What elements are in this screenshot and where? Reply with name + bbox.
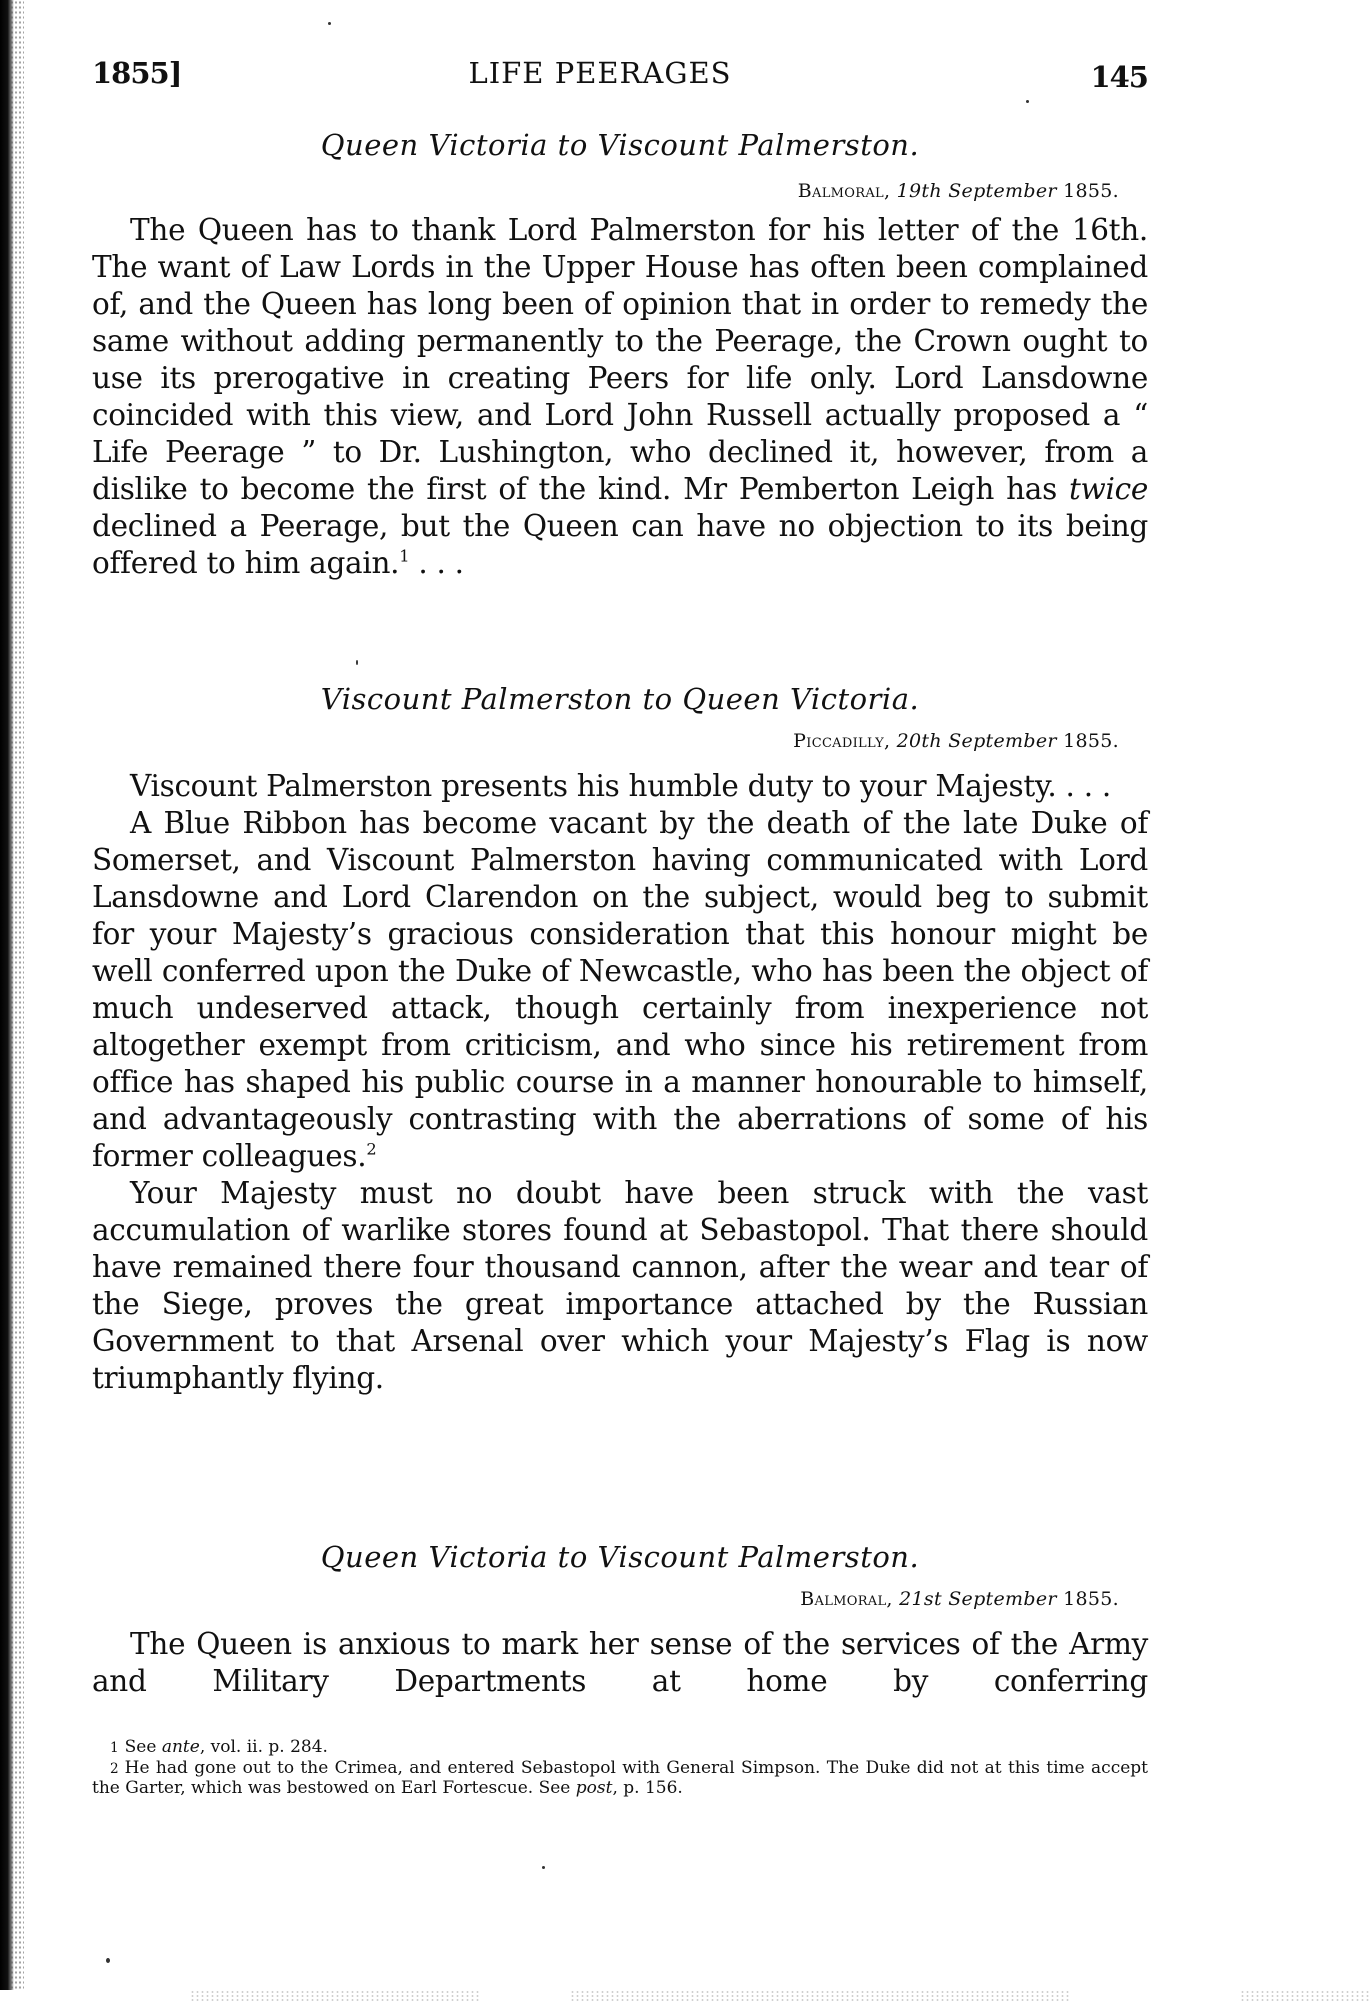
- paragraph: A Blue Ribbon has become vacant by the d…: [92, 805, 1148, 1175]
- letter-3-dateline: Balmoral, 21st September 1855.: [800, 1588, 1119, 1610]
- letter-3-title: Queen Victoria to Viscount Palmerston.: [92, 1540, 1148, 1574]
- footnote-number: 2: [110, 1761, 119, 1777]
- paragraph-text: Your Majesty must no doubt have been str…: [92, 1176, 1148, 1395]
- scan-speck: [106, 1958, 110, 1963]
- scan-speck: [328, 22, 331, 25]
- paragraph: Viscount Palmerston presents his humble …: [92, 768, 1148, 805]
- dateline-place: Balmoral,: [798, 180, 891, 202]
- scan-noise: [570, 1990, 1070, 2002]
- paragraph-text: The Queen is anxious to mark her sense o…: [92, 1627, 1148, 1698]
- scan-noise: [1240, 1990, 1371, 2002]
- emphasis-text: twice: [1069, 472, 1148, 506]
- paragraph: The Queen has to thank Lord Palmerston f…: [92, 212, 1148, 582]
- footnotes: 1See ante, vol. ii. p. 284. 2He had gone…: [92, 1738, 1148, 1799]
- paragraph-text: A Blue Ribbon has become vacant by the d…: [92, 806, 1148, 1173]
- dateline-place: Piccadilly,: [793, 730, 890, 752]
- dateline-place: Balmoral,: [800, 1588, 893, 1610]
- dateline-day: 21st: [899, 1588, 942, 1610]
- letter-2-body: Viscount Palmerston presents his humble …: [92, 768, 1148, 1397]
- paragraph: The Queen is anxious to mark her sense o…: [92, 1626, 1148, 1700]
- footnote-1: 1See ante, vol. ii. p. 284.: [92, 1738, 1148, 1759]
- scan-speck: [1026, 100, 1029, 103]
- ellipsis: . . .: [409, 546, 463, 580]
- footnote-text: , vol. ii. p. 284.: [200, 1737, 328, 1757]
- footnote-italic: ante: [162, 1737, 200, 1757]
- dateline-day: 20th: [897, 730, 942, 752]
- dateline-month: September: [948, 180, 1057, 202]
- footnote-ref-2[interactable]: 2: [366, 1140, 376, 1159]
- scan-speck: [542, 1866, 545, 1869]
- paragraph-text: declined a Peerage, but the Queen can ha…: [92, 509, 1148, 580]
- binding-speckle: [10, 0, 24, 1990]
- letter-1-body: The Queen has to thank Lord Palmerston f…: [92, 212, 1148, 582]
- letter-1-title: Queen Victoria to Viscount Palmerston.: [92, 128, 1148, 162]
- footnote-text: See: [539, 1778, 576, 1798]
- dateline-month: September: [948, 1588, 1057, 1610]
- paragraph-text: The Queen has to thank Lord Palmerston f…: [92, 213, 1148, 506]
- paragraph-text: Viscount Palmerston presents his humble …: [130, 769, 1111, 803]
- running-title: LIFE PEERAGES: [92, 56, 1148, 90]
- letter-1-dateline: Balmoral, 19th September 1855.: [798, 180, 1119, 202]
- dateline-day: 19th: [897, 180, 942, 202]
- page-number: 145: [1090, 60, 1148, 94]
- paragraph: Your Majesty must no doubt have been str…: [92, 1175, 1148, 1397]
- footnote-ref-1[interactable]: 1: [399, 547, 409, 566]
- dateline-year: 1855.: [1063, 1588, 1119, 1610]
- dateline-month: September: [948, 730, 1057, 752]
- footnote-italic: post: [576, 1778, 613, 1798]
- running-header: 1855] LIFE PEERAGES 145: [92, 56, 1148, 92]
- letter-2-title: Viscount Palmerston to Queen Victoria.: [92, 682, 1148, 716]
- dateline-year: 1855.: [1063, 730, 1119, 752]
- footnote-2: 2He had gone out to the Crimea, and ente…: [92, 1759, 1148, 1799]
- footnote-number: 1: [110, 1740, 119, 1756]
- footnote-text: See: [125, 1737, 162, 1757]
- dateline-year: 1855.: [1063, 180, 1119, 202]
- scan-noise: [190, 1990, 480, 2002]
- letter-2-dateline: Piccadilly, 20th September 1855.: [793, 730, 1119, 752]
- letter-3-body: The Queen is anxious to mark her sense o…: [92, 1626, 1148, 1700]
- scan-speck: [356, 660, 358, 665]
- footnote-text: , p. 156.: [612, 1778, 682, 1798]
